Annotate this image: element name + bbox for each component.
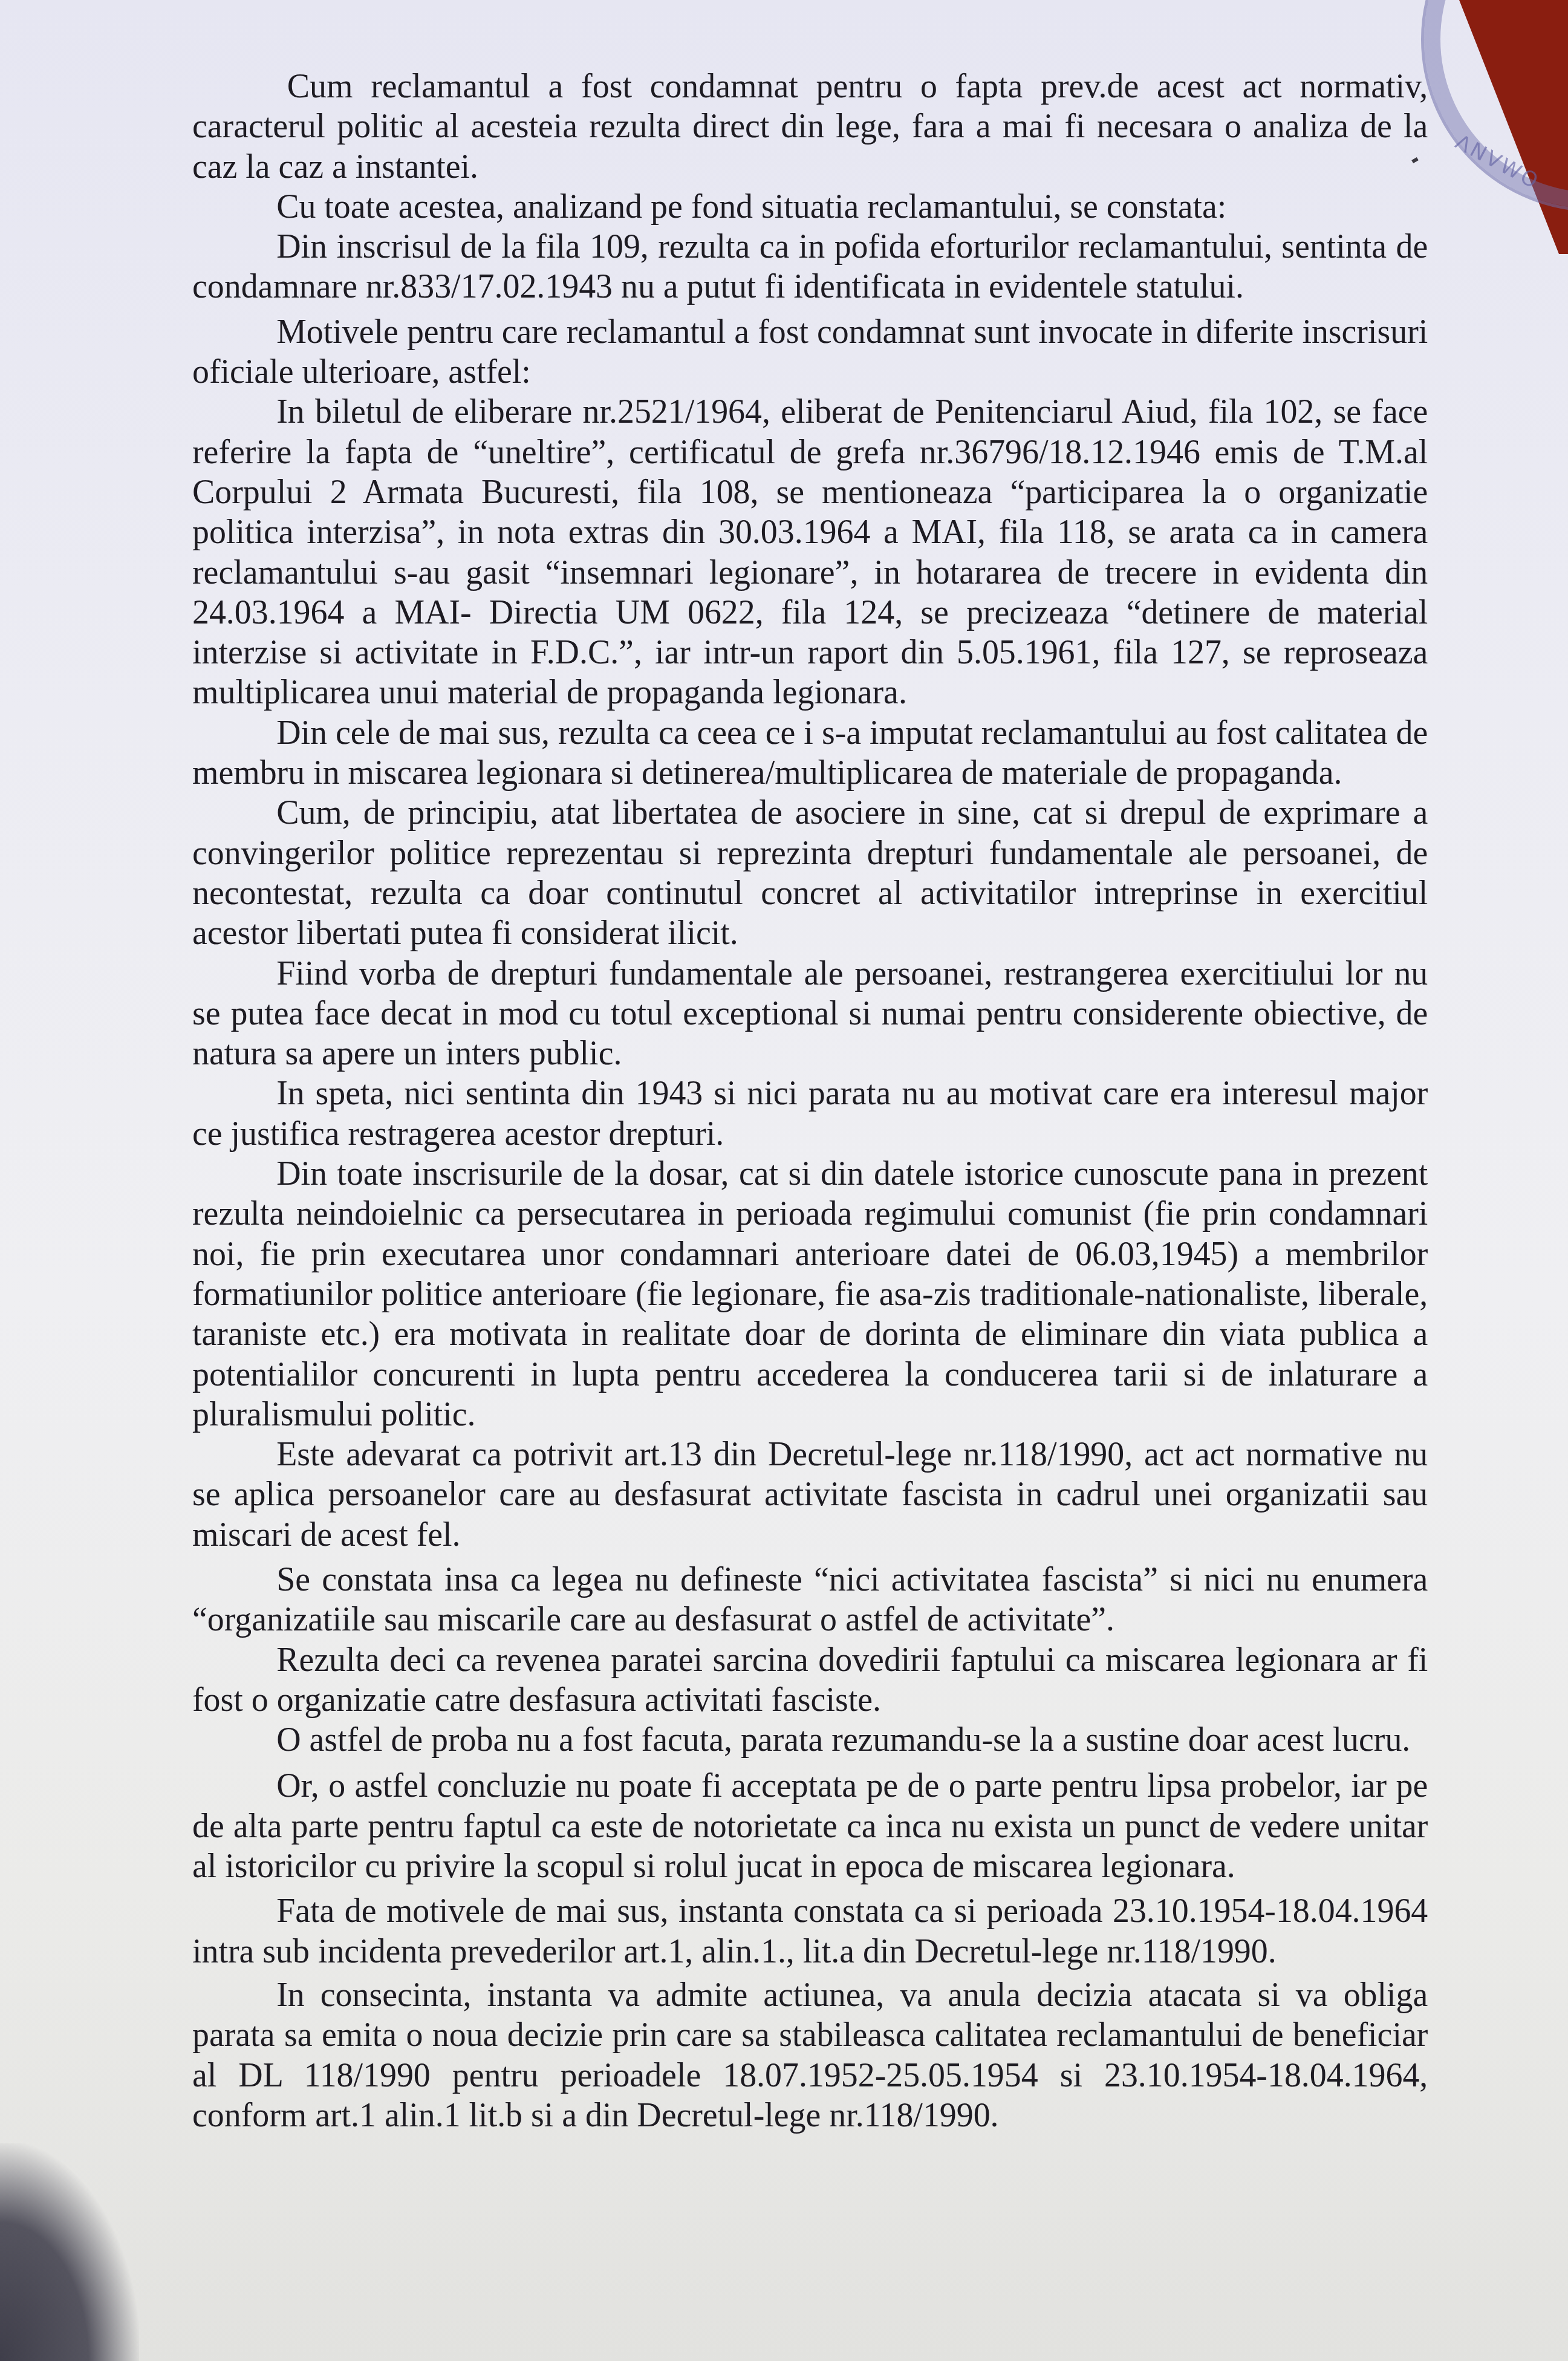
paragraph: Rezulta deci ca revenea paratei sarcina … bbox=[192, 1640, 1428, 1721]
paragraph: Cum reclamantul a fost condamnat pentru … bbox=[192, 67, 1428, 187]
paragraph: Din inscrisul de la fila 109, rezulta ca… bbox=[192, 227, 1428, 307]
paragraph: Cu toate acestea, analizand pe fond situ… bbox=[192, 187, 1428, 227]
official-stamp bbox=[1421, 0, 1568, 212]
paragraph: O astfel de proba nu a fost facuta, para… bbox=[192, 1720, 1428, 1760]
paragraph: Motivele pentru care reclamantul a fost … bbox=[192, 312, 1428, 392]
document-body: Cum reclamantul a fost condamnat pentru … bbox=[192, 67, 1428, 2135]
paragraph: Fata de motivele de mai sus, instanta co… bbox=[192, 1891, 1428, 1972]
paragraph: Este adevarat ca potrivit art.13 din Dec… bbox=[192, 1435, 1428, 1555]
paragraph: Fiind vorba de drepturi fundamentale ale… bbox=[192, 954, 1428, 1074]
paragraph: Din cele de mai sus, rezulta ca ceea ce … bbox=[192, 713, 1428, 793]
paragraph: Cum, de principiu, atat libertatea de as… bbox=[192, 793, 1428, 953]
paragraph: In biletul de eliberare nr.2521/1964, el… bbox=[192, 392, 1428, 712]
paragraph: In consecinta, instanta va admite actiun… bbox=[192, 1975, 1428, 2135]
paragraph: Se constata insa ca legea nu defineste “… bbox=[192, 1560, 1428, 1640]
shadow bbox=[0, 2143, 139, 2361]
document-page: ΛNVWO Cum reclamantul a fost condamnat p… bbox=[0, 0, 1568, 2361]
paragraph: Din toate inscrisurile de la dosar, cat … bbox=[192, 1154, 1428, 1435]
paragraph: Or, o astfel concluzie nu poate fi accep… bbox=[192, 1766, 1428, 1886]
paragraph: In speta, nici sentinta din 1943 si nici… bbox=[192, 1073, 1428, 1154]
